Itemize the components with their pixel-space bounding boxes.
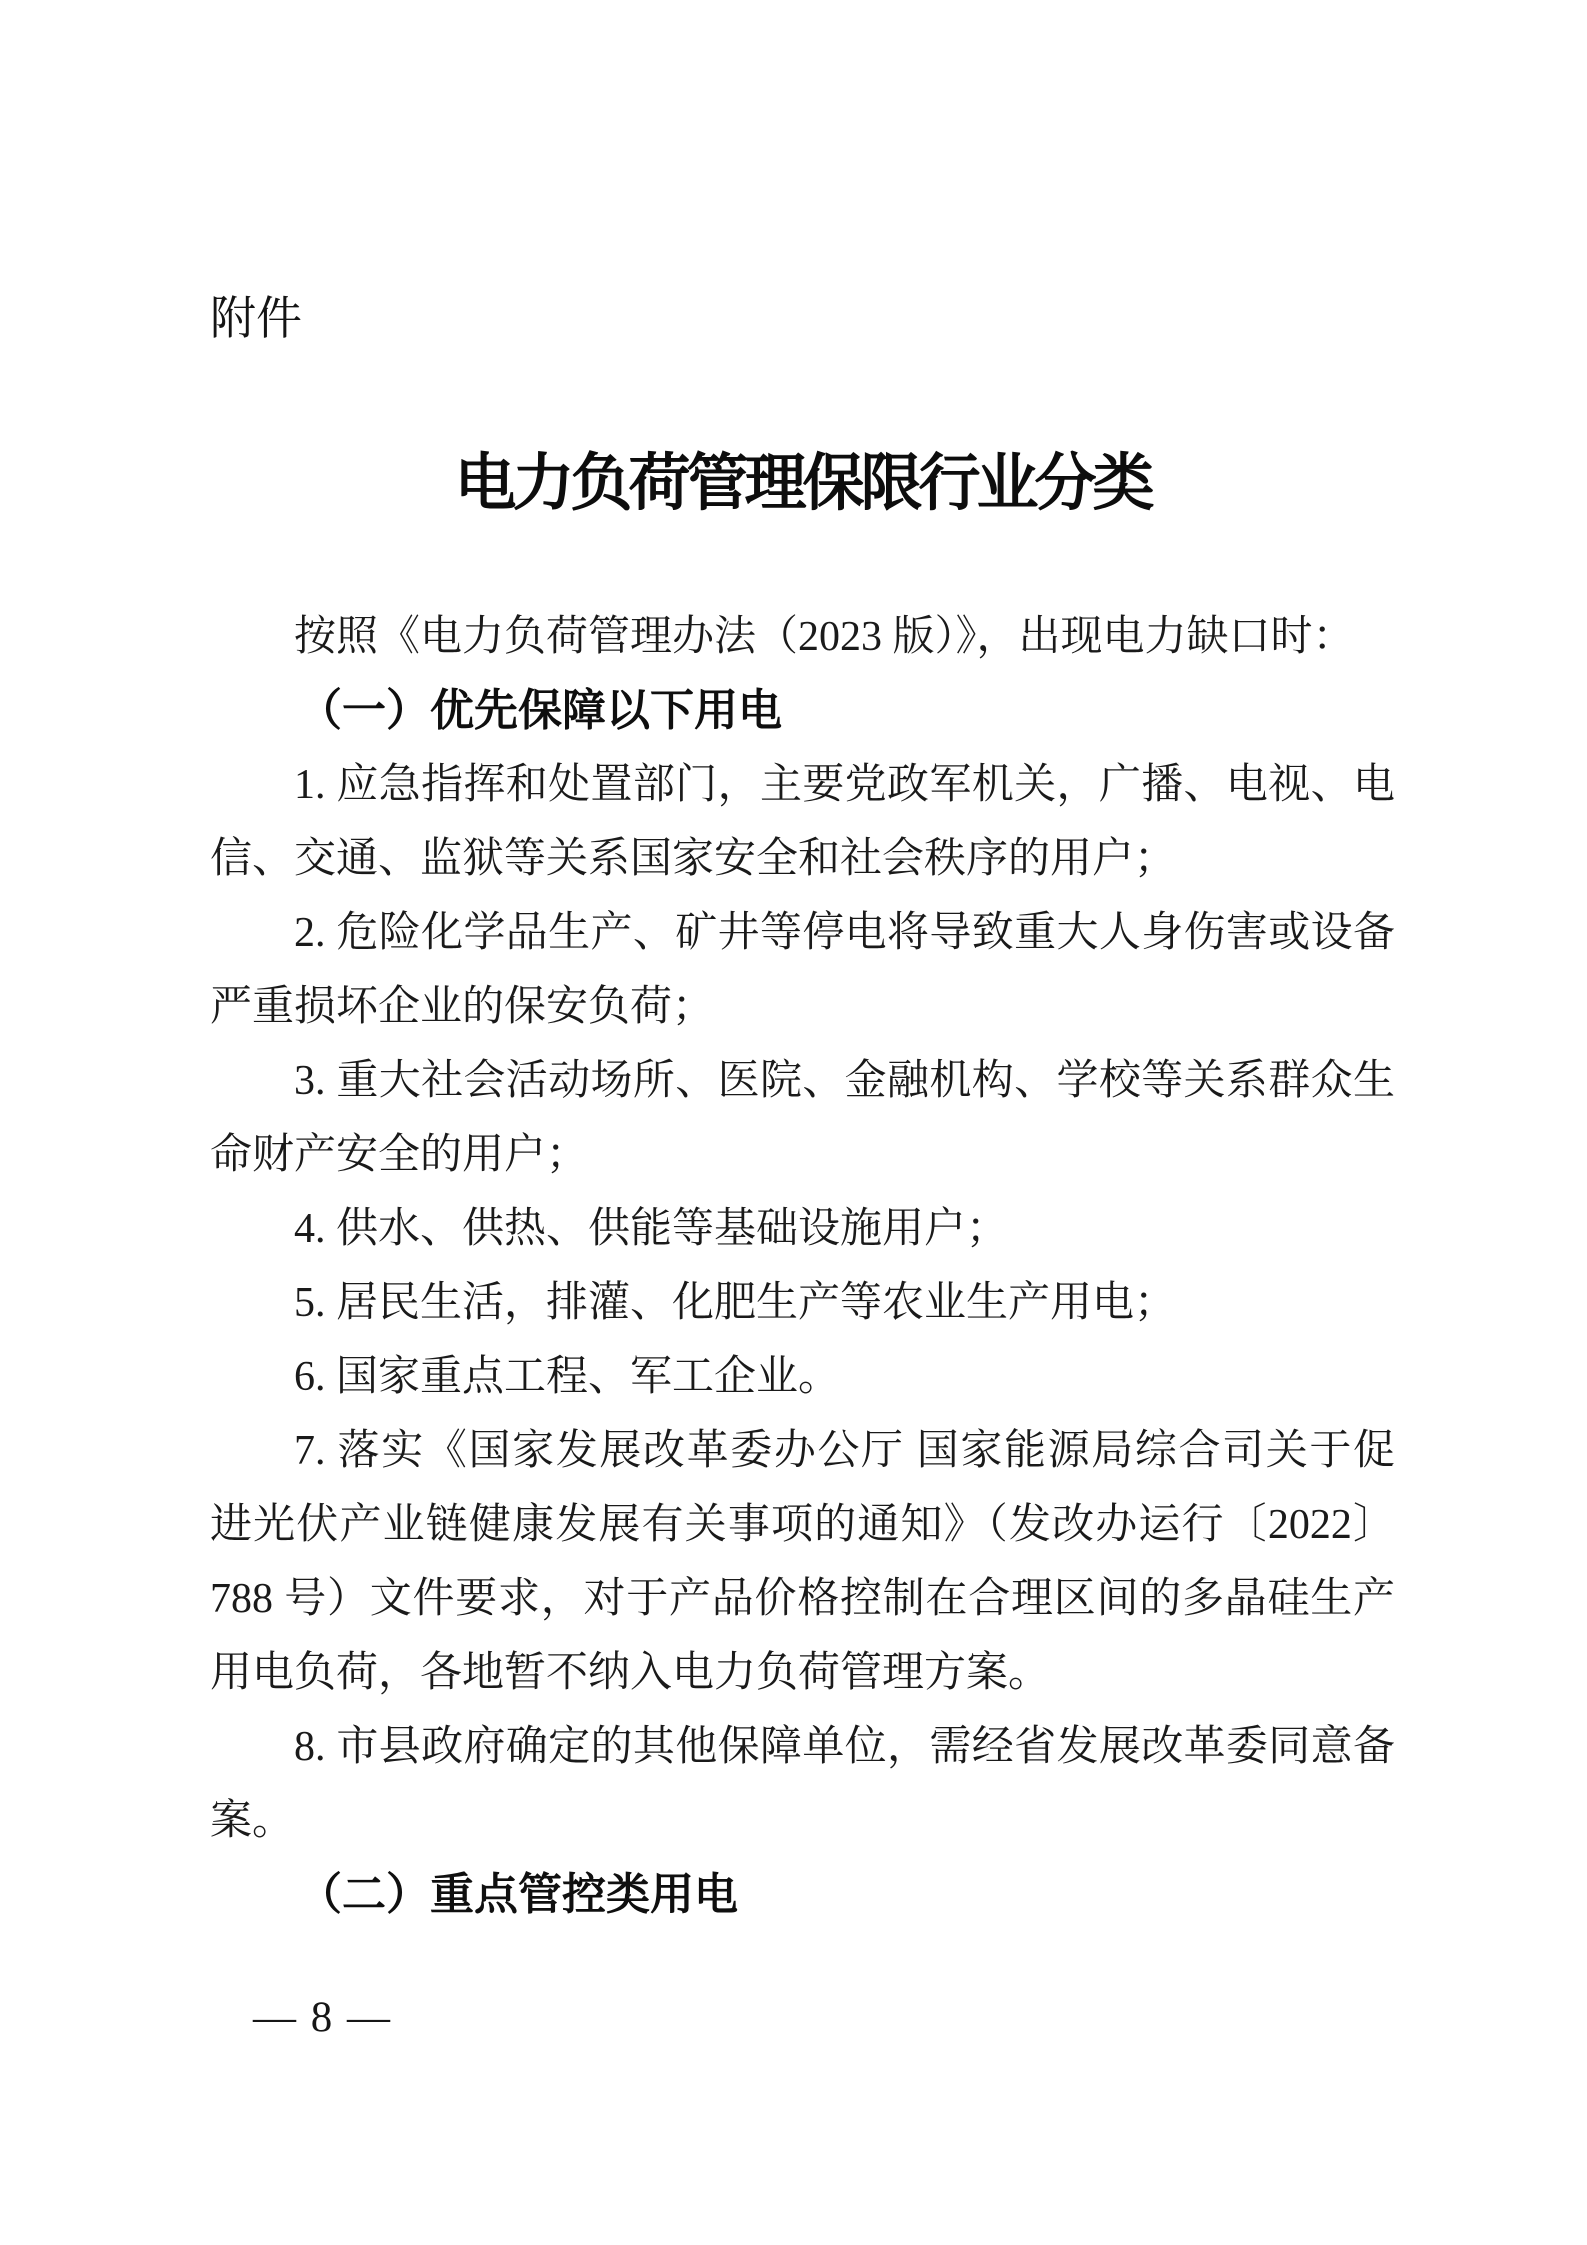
document-body: 按照《电力负荷管理办法（2023 版）》，出现电力缺口时： （一）优先保障以下用… — [210, 600, 1395, 1932]
list-item: 7. 落实《国家发展改革委办公厅 国家能源局综合司关于促进光伏产业链健康发展有关… — [210, 1414, 1395, 1710]
intro-paragraph: 按照《电力负荷管理办法（2023 版）》，出现电力缺口时： — [210, 600, 1395, 674]
list-item: 5. 居民生活，排灌、化肥生产等农业生产用电； — [210, 1266, 1395, 1340]
list-item: 1. 应急指挥和处置部门，主要党政军机关，广播、电视、电信、交通、监狱等关系国家… — [210, 748, 1395, 896]
list-item: 3. 重大社会活动场所、医院、金融机构、学校等关系群众生命财产安全的用户； — [210, 1044, 1395, 1192]
list-item: 6. 国家重点工程、军工企业。 — [210, 1340, 1395, 1414]
page-number: — 8 — — [253, 1993, 392, 2043]
attachment-label: 附件 — [0, 0, 1587, 344]
list-item: 4. 供水、供热、供能等基础设施用户； — [210, 1192, 1395, 1266]
section-1-heading: （一）优先保障以下用电 — [210, 674, 1395, 748]
list-item: 2. 危险化学品生产、矿井等停电将导致重大人身伤害或设备严重损坏企业的保安负荷； — [210, 896, 1395, 1044]
list-item: 8. 市县政府确定的其他保障单位，需经省发展改革委同意备案。 — [210, 1710, 1395, 1858]
section-2-heading: （二）重点管控类用电 — [210, 1858, 1395, 1932]
document-page: 附件 电力负荷管理保限行业分类 按照《电力负荷管理办法（2023 版）》，出现电… — [0, 0, 1587, 2245]
page-title: 电力负荷管理保限行业分类 — [210, 446, 1395, 522]
